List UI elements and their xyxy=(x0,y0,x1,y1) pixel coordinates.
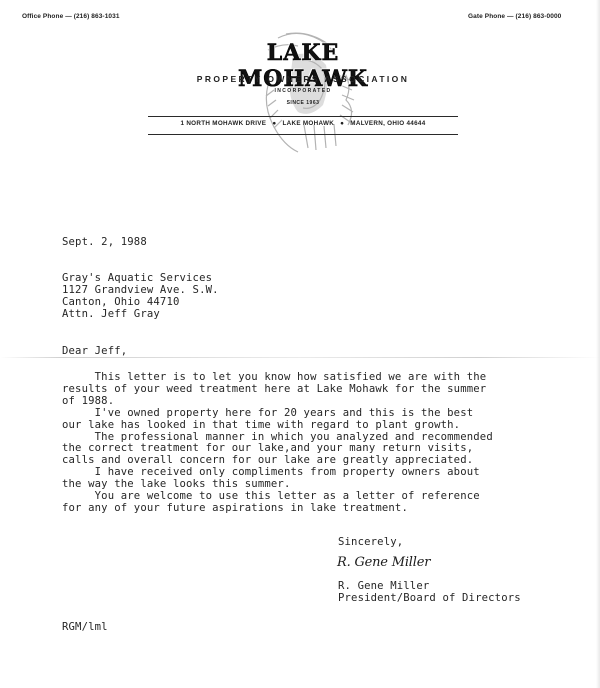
body-line: our lake has looked in that time with re… xyxy=(62,420,493,432)
association-subtitle: PROPERTY OWNERS ASSOCIATION xyxy=(148,74,458,84)
recipient-line: Canton, Ohio 44710 xyxy=(62,297,219,309)
address-city: MALVERN, OHIO 44644 xyxy=(350,120,425,127)
signer-block: R. Gene MillerPresident/Board of Directo… xyxy=(338,581,521,605)
letterhead-rule-top xyxy=(148,116,458,117)
handwritten-signature: R. Gene Miller xyxy=(337,555,430,570)
address-lake: LAKE MOHAWK xyxy=(282,120,334,127)
bullet-icon: ● xyxy=(340,120,344,127)
body-line: for any of your future aspirations in la… xyxy=(62,503,493,515)
recipient-line: Attn. Jeff Gray xyxy=(62,309,219,321)
office-phone: Office Phone — (216) 863-1031 xyxy=(22,13,120,20)
paper-fold-line xyxy=(0,357,600,358)
recipient-address: Gray's Aquatic Services1127 Grandview Av… xyxy=(62,273,219,321)
incorporated-label: INCORPORATED xyxy=(148,88,458,94)
gate-phone: Gate Phone — (216) 863-0000 xyxy=(468,13,561,20)
address-street: 1 NORTH MOHAWK DRIVE xyxy=(180,120,266,127)
letter-body: This letter is to let you know how satis… xyxy=(62,372,493,515)
association-name: LAKE MOHAWK xyxy=(198,40,408,92)
letter-date: Sept. 2, 1988 xyxy=(62,237,147,249)
since-label: SINCE 1963 xyxy=(148,100,458,106)
body-line: I've owned property here for 20 years an… xyxy=(62,408,493,420)
reference-initials: RGM/lml xyxy=(62,622,108,634)
closing: Sincerely, xyxy=(338,537,403,549)
letterhead: LAKE MOHAWK PROPERTY OWNERS ASSOCIATION … xyxy=(148,30,458,155)
signer-title: President/Board of Directors xyxy=(338,593,521,605)
scan-edge xyxy=(596,0,600,688)
letterhead-address: 1 NORTH MOHAWK DRIVE ● LAKE MOHAWK ● MAL… xyxy=(148,120,458,127)
body-line: results of your weed treatment here at L… xyxy=(62,384,493,396)
letterhead-rule-bottom xyxy=(148,134,458,135)
body-line: of 1988. xyxy=(62,396,493,408)
bullet-icon: ● xyxy=(272,120,276,127)
